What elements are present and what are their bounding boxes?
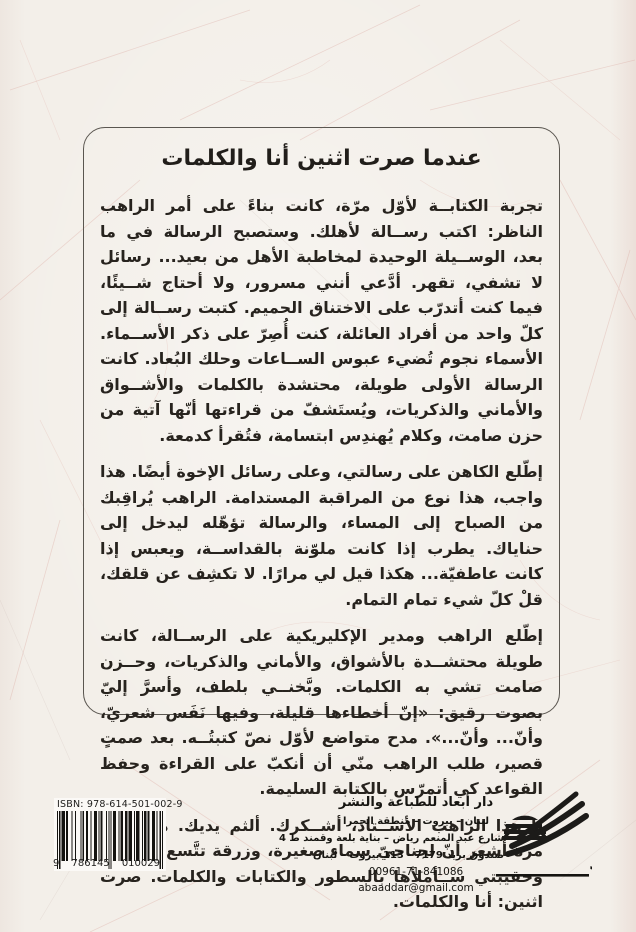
publisher-name: دار أبعاد للطباعة والنشر xyxy=(328,795,504,810)
barcode-digits-right: 010029 xyxy=(122,858,160,869)
publisher-phone: 00961-71-841086 xyxy=(328,864,504,880)
blurb-paragraph-3: إطّلع الراهب ومدير الإكليريكية على الرسـ… xyxy=(100,623,543,802)
barcode-digits: 9 786145 010029 xyxy=(56,858,164,869)
publisher-logo-mark: دارابعـاد xyxy=(494,790,592,886)
barcode-digit-first: 9 xyxy=(53,858,59,869)
publisher-logo-text: دارابعـاد xyxy=(589,849,592,875)
book-title: عندما صرت اثنين أنا والكلمات xyxy=(100,146,543,171)
publisher-pobox: صندوق بريد 7179 - 113 بيروت – لبنان xyxy=(328,847,504,864)
book-back-cover: { "back_cover": { "title": "عندما صرت اث… xyxy=(0,0,636,932)
back-cover-text-panel: عندما صرت اثنين أنا والكلمات تجربة الكتا… xyxy=(83,127,560,715)
blurb-paragraph-1: تجربة الكتابــة لأوّل مرّة، كانت بناءً ع… xyxy=(100,193,543,448)
publisher-email: abaaddar@gmail.com xyxy=(328,880,504,896)
blurb-paragraph-2: إطّلع الكاهن على رسالتي، وعلى رسائل الإخ… xyxy=(100,459,543,612)
isbn-label: ISBN: 978-614-501-002-9 xyxy=(57,799,164,810)
publisher-street: شارع عبد المنعم رياض – بناية بلعة وقمند … xyxy=(328,830,504,847)
publisher-logo: دارابعـاد xyxy=(494,790,592,886)
barcode-digits-left: 786145 xyxy=(72,858,110,869)
isbn-barcode-block: ISBN: 978-614-501-002-9 9 786145 010029 xyxy=(54,798,166,871)
publisher-block: دار أبعاد للطباعة والنشر لبنان – بيروت –… xyxy=(328,795,504,896)
publisher-location: لبنان – بيروت – منطقة الحمرا xyxy=(328,813,504,830)
